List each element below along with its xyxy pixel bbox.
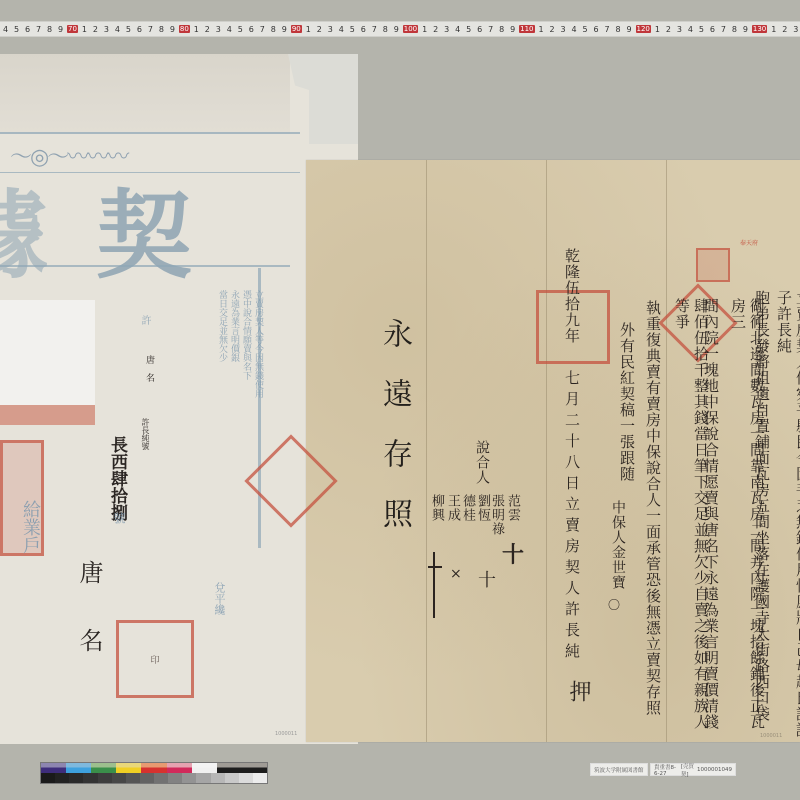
extra-note-column: 外有民紅契稿一張跟随 bbox=[617, 322, 636, 522]
ruler-major-label: 110 bbox=[519, 25, 534, 33]
torn-corner bbox=[288, 54, 358, 144]
red-official-seal-square: 印 bbox=[116, 620, 194, 698]
ruler-tick: 6 bbox=[246, 25, 257, 34]
gray-step-swatch bbox=[55, 773, 69, 783]
institution-label: 筑波大学附属図書館 bbox=[590, 763, 648, 776]
paper-stain bbox=[0, 54, 290, 134]
date-block-stamp: 長西肆拾捌 bbox=[108, 436, 126, 521]
ruler-tick: 8 bbox=[44, 25, 55, 34]
ruler-tick: 6 bbox=[22, 25, 33, 34]
fold-line bbox=[546, 160, 547, 742]
ruler-tick: 7 bbox=[257, 25, 268, 34]
ruler-tick: 7 bbox=[33, 25, 44, 34]
witness-header: 說合人 bbox=[472, 440, 491, 485]
ruler-tick: 4 bbox=[685, 25, 696, 34]
red-seal-small-square bbox=[696, 248, 730, 282]
blue-print-text-block: 立賣房契人等今因無錢使用 憑中說合情願賣與名下 永遠為業言明價銀 當日交足並無欠… bbox=[204, 290, 264, 410]
witness-3-mark: 十 bbox=[478, 566, 496, 592]
ruler-tick: 8 bbox=[268, 25, 279, 34]
ruler-tick: 3 bbox=[213, 25, 224, 34]
ruler-tick: 9 bbox=[55, 25, 66, 34]
ruler-major-label: 100 bbox=[403, 25, 418, 33]
ruler-tick: 5 bbox=[11, 25, 22, 34]
witness-1: 范雲 bbox=[504, 494, 520, 522]
gray-step-swatch bbox=[98, 773, 112, 783]
ruler-tick: 3 bbox=[558, 25, 569, 34]
contract-column-6: 執重復典賣有賣房中保說合人一面承管恐後無憑立賣契存照 bbox=[643, 300, 662, 740]
fold-line bbox=[426, 160, 427, 742]
gray-step-swatch bbox=[126, 773, 140, 783]
ruler-tick: 2 bbox=[314, 25, 325, 34]
ink-owner-small: 許長純號 bbox=[140, 418, 151, 450]
ruler-tick: 6 bbox=[707, 25, 718, 34]
color-swatch bbox=[217, 763, 242, 773]
witness-6-cross-horizontal bbox=[428, 566, 442, 568]
ruler-tick: 6 bbox=[474, 25, 485, 34]
contract-column-1: 立賣房契人係宛平縣民今因手乏無錢使用情愿將自己母趙氏論議子許長純 bbox=[774, 290, 800, 740]
reign-date: 乾隆伍拾九年 bbox=[562, 248, 581, 344]
ruler-tick: 1 bbox=[536, 25, 547, 34]
color-calibration-chart bbox=[40, 762, 268, 784]
date-and-seller-line: 七月二十八日立賣房契人許長純 bbox=[562, 370, 582, 664]
fold-line bbox=[666, 160, 667, 742]
ruler-tick: 5 bbox=[463, 25, 474, 34]
blue-label-bottom-mid: 號 bbox=[113, 512, 125, 524]
catalog-label: 貴重書8-6-27 [売買契] 1000001049 bbox=[650, 763, 736, 776]
ruler-tick: 2 bbox=[779, 25, 790, 34]
blue-header-small: 許 bbox=[138, 315, 150, 325]
call-number: 貴重書8-6-27 bbox=[654, 763, 681, 777]
witness-5: 王成 bbox=[444, 494, 460, 522]
ruler-tick: 3 bbox=[674, 25, 685, 34]
buyer-name-signature: 唐 名 bbox=[64, 560, 114, 662]
ruler-major-label: 90 bbox=[291, 25, 302, 33]
witness-6-cross-vertical bbox=[433, 552, 435, 618]
ruler-tick: 7 bbox=[485, 25, 496, 34]
collection-name: [売買契] bbox=[681, 762, 697, 778]
ruler-tick: 9 bbox=[507, 25, 518, 34]
witness-5-mark: × bbox=[450, 566, 462, 582]
ruler-tick: 4 bbox=[224, 25, 235, 34]
ruler-tick: 7 bbox=[145, 25, 156, 34]
ruler-tick: 2 bbox=[547, 25, 558, 34]
middleman-mark: 〇 bbox=[608, 596, 620, 613]
witness-6: 柳興 bbox=[428, 494, 444, 522]
ruler-tick: 4 bbox=[336, 25, 347, 34]
gray-step-swatch bbox=[112, 773, 126, 783]
ruler-tick: 2 bbox=[90, 25, 101, 34]
gray-step-swatch bbox=[41, 773, 55, 783]
red-seal-fragment bbox=[0, 405, 95, 425]
ruler-tick: 3 bbox=[101, 25, 112, 34]
ruler-tick: 7 bbox=[602, 25, 613, 34]
gray-step-swatch bbox=[239, 773, 253, 783]
contract-title-glyph-partial: 據 bbox=[0, 160, 78, 297]
ruler-tick: 2 bbox=[663, 25, 674, 34]
gray-step-swatch bbox=[182, 773, 196, 783]
ruler-tick: 5 bbox=[235, 25, 246, 34]
ruler-tick: 6 bbox=[358, 25, 369, 34]
gray-step-swatch bbox=[253, 773, 267, 783]
seller-mark: 押 bbox=[563, 680, 594, 702]
right-catalog-number: 1000011 bbox=[760, 733, 782, 739]
contract-column-3: 衚衕北邊間數瓦房一間靠南瓦房二間并內院一塊拾餘鋪後正瓦房三 bbox=[728, 298, 766, 738]
paper-repair-patch bbox=[0, 300, 95, 405]
ruler-tick: 2 bbox=[202, 25, 213, 34]
gray-step-swatch bbox=[196, 773, 210, 783]
contract-column-5: 肆佰伍拾千整其錢當日筆下交足並無欠少自賣之後如有親族人等爭 bbox=[672, 298, 710, 738]
ruler-tick: 3 bbox=[441, 25, 452, 34]
color-swatch bbox=[192, 763, 217, 773]
ruler-tick: 9 bbox=[391, 25, 402, 34]
gray-step-swatch bbox=[211, 773, 225, 783]
gray-step-swatch bbox=[154, 773, 168, 783]
ruler-tick: 5 bbox=[123, 25, 134, 34]
ruler-tick: 9 bbox=[740, 25, 751, 34]
closing-phrase-brush: 永遠存照 bbox=[372, 318, 416, 638]
ruler-tick: 1 bbox=[419, 25, 430, 34]
color-swatch bbox=[91, 763, 116, 773]
ruler-tick: 1 bbox=[191, 25, 202, 34]
ruler-tick: 2 bbox=[430, 25, 441, 34]
ruler-tick: 4 bbox=[452, 25, 463, 34]
ruler-tick: 9 bbox=[167, 25, 178, 34]
ruler-tick: 8 bbox=[156, 25, 167, 34]
ruler-tick: 1 bbox=[303, 25, 314, 34]
ruler-major-label: 120 bbox=[636, 25, 651, 33]
ruler-major-label: 80 bbox=[179, 25, 190, 33]
ruler-tick: 8 bbox=[380, 25, 391, 34]
witness-3: 劉恆 bbox=[474, 494, 490, 522]
gray-step-swatch bbox=[140, 773, 154, 783]
ruler-tick: 3 bbox=[325, 25, 336, 34]
ink-name-small: 唐 名 bbox=[143, 355, 156, 382]
ruler-tick: 5 bbox=[347, 25, 358, 34]
left-catalog-number: 1000011 bbox=[275, 731, 297, 737]
contract-title-glyph: 契 bbox=[96, 160, 222, 297]
blue-label-bottom-right: 兌平纔 bbox=[213, 582, 225, 615]
color-swatch bbox=[242, 763, 267, 773]
gray-step-swatch bbox=[168, 773, 182, 783]
ruler-tick: 4 bbox=[0, 25, 11, 34]
ruler-tick: 1 bbox=[768, 25, 779, 34]
record-id: 1000001049 bbox=[697, 767, 732, 773]
ruler-tick: 4 bbox=[112, 25, 123, 34]
middleman-name: 中保人金世寶 bbox=[608, 500, 627, 590]
ruler-tick: 6 bbox=[591, 25, 602, 34]
ruler-tick: 4 bbox=[569, 25, 580, 34]
gray-step-swatch bbox=[83, 773, 97, 783]
gray-step-swatch bbox=[225, 773, 239, 783]
ruler-tick: 5 bbox=[580, 25, 591, 34]
blue-border-line-lower bbox=[0, 265, 290, 267]
corner-red-mark: 奉天府 bbox=[740, 238, 758, 247]
ruler-tick: 3 bbox=[790, 25, 800, 34]
ruler-tick: 9 bbox=[279, 25, 290, 34]
measuring-ruler: 4567897012345678980123456789901234567891… bbox=[0, 21, 800, 37]
blue-label-bottom-left: 給業戶 bbox=[20, 500, 40, 554]
color-swatch bbox=[116, 763, 141, 773]
ruler-major-label: 70 bbox=[67, 25, 78, 33]
color-swatch bbox=[141, 763, 166, 773]
ruler-major-label: 130 bbox=[752, 25, 767, 33]
gray-step-swatch bbox=[69, 773, 83, 783]
blue-border-line-top bbox=[0, 132, 300, 134]
color-swatch bbox=[167, 763, 192, 773]
witness-4: 德桂 bbox=[459, 494, 475, 522]
ruler-tick: 7 bbox=[369, 25, 380, 34]
ruler-tick: 8 bbox=[613, 25, 624, 34]
witness-2: 張明祿 bbox=[488, 494, 504, 536]
witness-1-mark: 十 bbox=[502, 538, 524, 569]
ruler-tick: 7 bbox=[718, 25, 729, 34]
ruler-tick: 5 bbox=[696, 25, 707, 34]
ruler-tick: 6 bbox=[134, 25, 145, 34]
ruler-tick: 8 bbox=[496, 25, 507, 34]
ruler-tick: 1 bbox=[652, 25, 663, 34]
ruler-tick: 9 bbox=[624, 25, 635, 34]
ruler-tick: 1 bbox=[79, 25, 90, 34]
color-swatch bbox=[41, 763, 66, 773]
ruler-tick: 8 bbox=[729, 25, 740, 34]
color-swatch bbox=[66, 763, 91, 773]
